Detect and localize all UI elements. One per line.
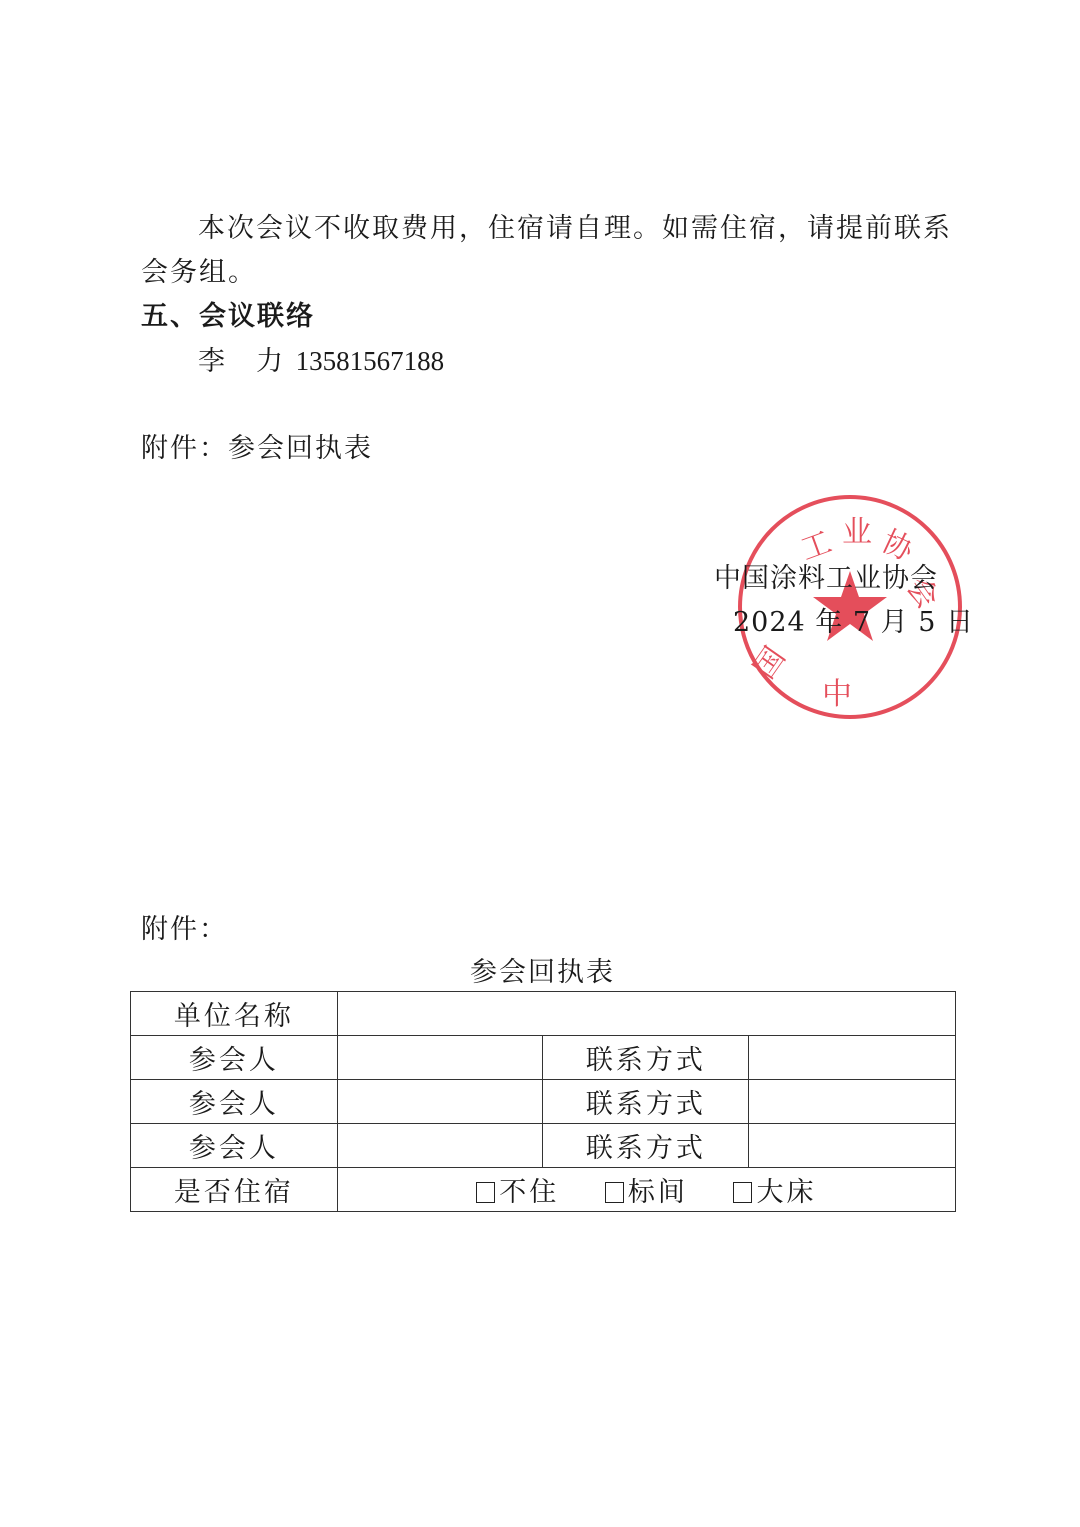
lodging-option-standard[interactable]: 标间: [605, 1170, 688, 1209]
lodging-options: 不住 标间 大床: [337, 1168, 955, 1212]
paragraph-line-2: 会务组。: [141, 258, 257, 288]
section-heading: 五、会议联络: [141, 302, 315, 332]
registration-form: 单位名称 参会人 联系方式 参会人 联系方式 参会人 联系方式 是否住宿 不住 …: [130, 991, 956, 1212]
signature-date: 2024 年 7 月 5 日: [733, 608, 974, 638]
attachment-label: 附件：: [141, 915, 228, 945]
lodging-option-none[interactable]: 不住: [476, 1170, 559, 1209]
table-row: 是否住宿 不住 标间 大床: [131, 1168, 956, 1212]
contact-input[interactable]: [749, 1080, 956, 1124]
form-title: 参会回执表: [470, 958, 615, 988]
seal-char: 协: [876, 517, 922, 570]
paragraph-line-1: 本次会议不收取费用，住宿请自理。如需住宿，请提前联系: [198, 214, 952, 244]
attendee-input[interactable]: [337, 1036, 543, 1080]
field-label: 单位名称: [131, 992, 338, 1036]
table-row: 参会人 联系方式: [131, 1036, 956, 1080]
contact-input[interactable]: [749, 1036, 956, 1080]
contact-phone: 13581567188: [296, 346, 445, 376]
seal-char: 国: [740, 636, 793, 686]
contact-name: 李 力: [198, 346, 285, 377]
seal-char: 工: [793, 517, 836, 569]
attendee-input[interactable]: [337, 1080, 543, 1124]
field-label: 参会人: [131, 1124, 338, 1168]
attendee-input[interactable]: [337, 1124, 543, 1168]
seal-char: 业: [842, 507, 872, 551]
field-label: 联系方式: [543, 1080, 749, 1124]
contact-input[interactable]: [749, 1124, 956, 1168]
field-label: 参会人: [131, 1080, 338, 1124]
field-label: 是否住宿: [131, 1168, 338, 1212]
seal-char: 中: [822, 669, 852, 713]
checkbox-icon[interactable]: [605, 1182, 624, 1203]
checkbox-icon[interactable]: [733, 1182, 752, 1203]
field-label: 参会人: [131, 1036, 338, 1080]
lodging-option-king[interactable]: 大床: [733, 1170, 816, 1209]
organization-input[interactable]: [337, 992, 955, 1036]
signature-organization: 中国涂料工业协会: [714, 564, 938, 594]
contact-line: 李 力 13581567188: [198, 346, 444, 377]
table-row: 单位名称: [131, 992, 956, 1036]
table-row: 参会人 联系方式: [131, 1080, 956, 1124]
field-label: 联系方式: [543, 1036, 749, 1080]
checkbox-icon[interactable]: [476, 1182, 495, 1203]
attachment-note: 附件：参会回执表: [141, 434, 373, 464]
table-row: 参会人 联系方式: [131, 1124, 956, 1168]
field-label: 联系方式: [543, 1124, 749, 1168]
